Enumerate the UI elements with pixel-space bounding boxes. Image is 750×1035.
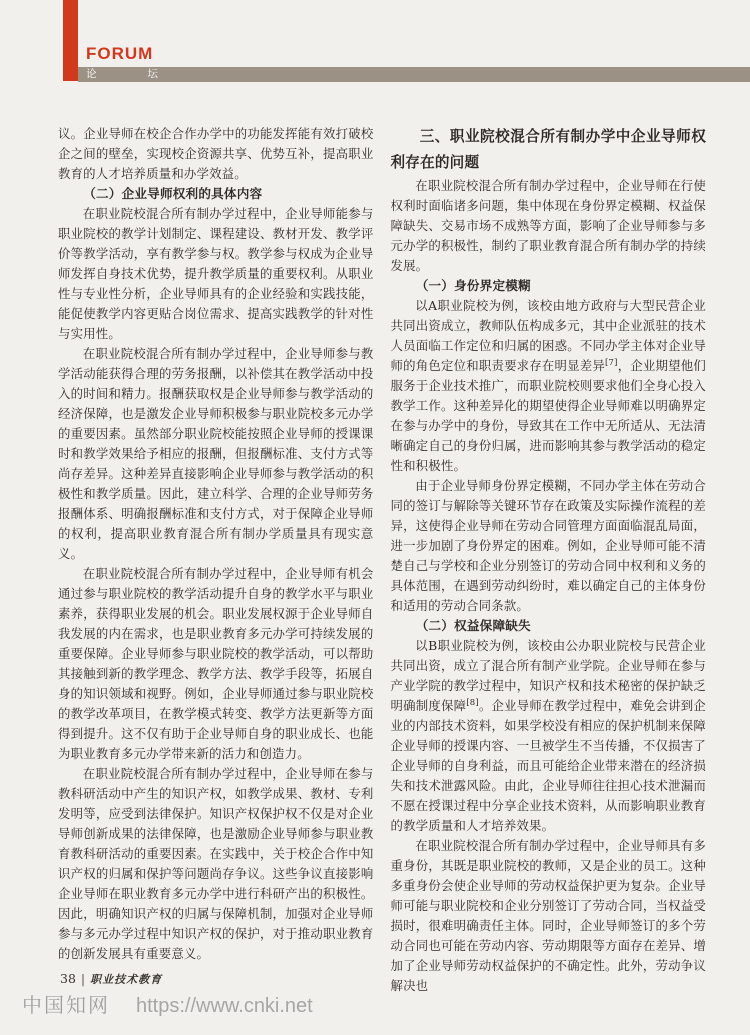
paragraph: 在职业院校混合所有制办学过程中，企业导师参与教学活动能获得合理的劳务报酬，以补偿…	[58, 344, 374, 564]
paragraph: 在职业院校混合所有制办学过程中，企业导师在行使权利时面临诸多问题，集中体现在身份…	[391, 176, 707, 276]
paragraph-segment: 。企业导师在教学过程中，难免会讲到企业的内部技术资料，如果学校没有相应的保护机制…	[391, 698, 707, 833]
footnote-ref: [8]	[466, 698, 479, 708]
cnki-site-name: 中国知网	[22, 995, 110, 1017]
subheading: （二）权益保障缺失	[391, 616, 707, 636]
paragraph: 以B职业院校为例，该校由公办职业院校与民营企业共同出资，成立了混合所有制产业学院…	[391, 636, 707, 836]
section-title: 三、职业院校混合所有制办学中企业导师权利存在的问题	[391, 124, 707, 176]
paragraph: 以A职业院校为例，该校由地方政府与大型民营企业共同出资成立，教师队伍构成多元，其…	[391, 296, 707, 476]
paragraph: 由于企业导师身份界定模糊，不同办学主体在劳动合同的签订与解除等关键环节存在政策及…	[391, 476, 707, 616]
paragraph: 议。企业导师在校企合作办学中的功能发挥能有效打破校企之间的壁垒，实现校企资源共享…	[58, 124, 374, 184]
article-body: 议。企业导师在校企合作办学中的功能发挥能有效打破校企之间的壁垒，实现校企资源共享…	[58, 124, 706, 996]
paragraph-segment: ，企业期望他们服务于企业技术推广，而职业院校则要求他们全身心投入教学工作。这种差…	[391, 358, 707, 473]
forum-cn-char-2: 坛	[147, 68, 158, 80]
journal-name: 职业技术教育	[90, 973, 162, 986]
left-column: 议。企业导师在校企合作办学中的功能发挥能有效打破校企之间的壁垒，实现校企资源共享…	[58, 124, 374, 996]
paragraph: 在职业院校混合所有制办学过程中，企业导师在参与教科研活动中产生的知识产权，如教学…	[58, 764, 374, 964]
forum-label: FORUM	[86, 44, 153, 64]
subheading: （二）企业导师权利的具体内容	[58, 184, 374, 204]
forum-cn-char-1: 论	[86, 68, 97, 80]
paragraph: 在职业院校混合所有制办学过程中，企业导师能参与职业院校的教学计划制定、课程建设、…	[58, 204, 374, 344]
page-footer: 38|职业技术教育	[60, 971, 162, 987]
cnki-url: https://www.cnki.net	[136, 995, 313, 1017]
header-red-bar	[63, 0, 78, 81]
footnote-ref: [7]	[605, 358, 618, 368]
footer-separator: |	[81, 971, 85, 986]
paragraph: 在职业院校混合所有制办学过程中，企业导师有机会通过参与职业院校的教学活动提升自身…	[58, 564, 374, 764]
forum-cn-bar: 论 坛	[78, 67, 750, 82]
paragraph: 在职业院校混合所有制办学过程中，企业导师具有多重身份，其既是职业院校的教师，又是…	[391, 836, 707, 996]
subheading: （一）身份界定模糊	[391, 276, 707, 296]
right-column: 三、职业院校混合所有制办学中企业导师权利存在的问题 在职业院校混合所有制办学过程…	[391, 124, 707, 996]
cnki-watermark: 中国知网https://www.cnki.net	[22, 989, 313, 1018]
page-number: 38	[60, 971, 76, 986]
